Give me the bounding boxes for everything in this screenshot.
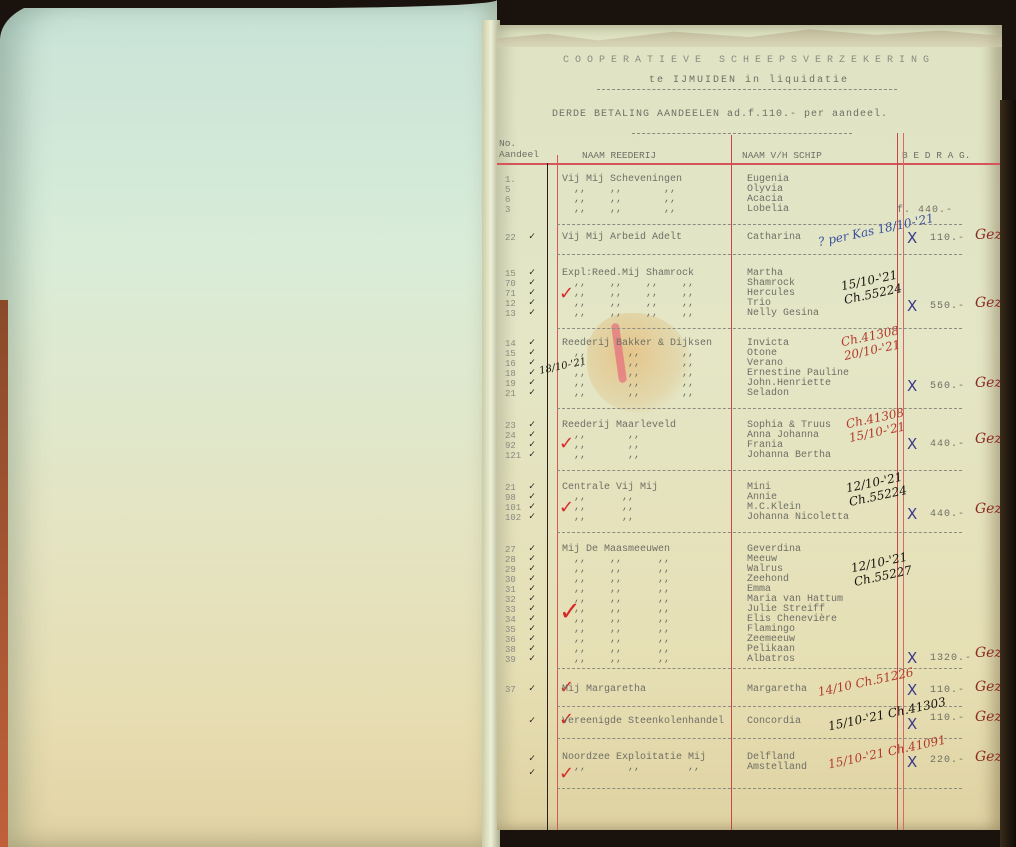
x-mark: X [907,297,917,315]
divider [597,89,897,90]
row-separator [557,738,962,739]
ledger-entry: 22 ✓ Vij Mij Arbeid Adelt Catharina ? pe… [497,233,1002,255]
book-cover-edge [0,300,8,847]
share-numbers: 27 28 29 30 31 32 33 34 35 36 38 39 [505,545,516,665]
amount: 550.- [930,301,965,312]
ship-names: Mini Annie M.C.Klein Johanna Nicoletta [747,483,849,523]
ship-names: Geverdina Meeuw Walrus Zeehond Emma Mari… [747,545,843,665]
check-marks: ✓ ✓ ✓ ✓ ✓ ✓ [529,339,535,399]
book-binding-edge [1000,100,1016,847]
amount: 440.- [930,439,965,450]
header-naam-reederij: NAAM REEDERIJ [582,150,656,161]
header-rule [497,163,1002,165]
share-numbers: 14 15 16 18 19 21 [505,339,516,399]
handwritten-note: Ch.41308 15/10-'21 [845,405,910,445]
x-mark: X [907,435,917,453]
company-name: Reederij Bakker & Dijksen ,, ,, ,, ,, ,,… [562,339,712,399]
share-numbers: 22 [505,233,516,243]
header-aandeel-label: Aandeel [499,149,539,160]
check-mark: ✓ [529,717,535,727]
ledger-entry: ✓ ✓ ✓ Noordzee Exploitatie Mij ,, ,, ,, … [497,753,1002,789]
row-separator [557,328,962,329]
company-name: Noordzee Exploitatie Mij ,, ,, ,, [562,753,706,773]
header-no: No. Aandeel [499,138,539,160]
x-mark: X [907,377,917,395]
share-numbers: 21 98 101 102 [505,483,521,523]
ledger-heading: DERDE BETALING AANDEELEN ad.f.110.- per … [552,109,888,120]
share-numbers: 15 70 71 12 13 [505,269,516,319]
amount: 220.- [930,755,965,766]
company-name: Vij Mij Arbeid Adelt [562,233,682,243]
check-marks: ✓ ✓ ✓ ✓ ✓ ✓ ✓ ✓ ✓ ✓ ✓ ✓ [529,545,535,665]
company-name: Mij De Maasmeeuwen ,, ,, ,, ,, ,, ,, ,, … [562,545,670,665]
header-no-label: No. [499,138,539,149]
check-marks: ✓ ✓ ✓ ✓ [529,483,535,523]
ship-names: Concordia [747,717,801,727]
handwritten-note: 15/10-'21 Ch.55224 [840,267,905,307]
amount: 110.- [930,685,965,696]
company-name: Reederij Maarleveld ,, ,, ,, ,, ,, ,, [562,421,676,461]
amount: 560.- [930,381,965,392]
check-mark: ✓ [529,685,535,695]
ledger-entry: 15 70 71 12 13 ✓ ✓ ✓ ✓ ✓ ✓ Expl:Reed.Mij… [497,269,1002,329]
ship-names: Delfland Amstelland [747,753,807,773]
header-bedrag: B E D R A G. [902,150,970,161]
x-mark: X [907,681,917,699]
company-name: Mij Margaretha [562,685,646,695]
share-numbers: 23 24 92 121 [505,421,521,461]
check-marks: ✓ ✓ ✓ ✓ [529,421,535,461]
check-marks: ✓ ✓ ✓ ✓ ✓ [529,269,535,319]
ship-names: Martha Shamrock Hercules Trio Nelly Gesi… [747,269,819,319]
ledger-entry: 23 24 92 121 ✓ ✓ ✓ ✓ ✓ Reederij Maarleve… [497,421,1002,471]
ledger-page: COOPERATIEVE SCHEEPSVERZEKERING te IJMUI… [497,25,1002,830]
row-separator [557,532,962,533]
handwritten-note: 12/10-'21 Ch.55227 [850,549,915,589]
ship-names: Catharina [747,233,801,243]
ship-names: Sophia & Truus Anna Johanna Frania Johan… [747,421,831,461]
amount: 110.- [930,233,965,244]
header-naam-schip: NAAM V/H SCHIP [742,150,822,161]
check-mark: ✓ [529,233,535,243]
ledger-entry: 27 28 29 30 31 32 33 34 35 36 38 39 ✓ ✓ … [497,545,1002,669]
x-mark: X [907,649,917,667]
ship-names: Margaretha [747,685,807,695]
ledger-entry: 21 98 101 102 ✓ ✓ ✓ ✓ ✓ Centrale Vij Mij… [497,483,1002,533]
ledger-entry: 14 15 16 18 19 21 ✓ ✓ ✓ ✓ ✓ ✓ 18/10-'21 … [497,339,1002,409]
share-numbers: 1. 5 6 3 [505,175,516,215]
row-separator [557,788,962,789]
x-mark: X [907,715,917,733]
handwritten-note: Ch.41308 20/10-'21 [840,323,905,363]
share-numbers: 37 [505,685,516,695]
check-marks: ✓ ✓ [529,753,535,781]
company-name: Centrale Vij Mij ,, ,, ,, ,, ,, ,, [562,483,658,523]
row-separator [557,254,962,255]
x-mark: X [907,229,917,247]
left-blank-page [0,0,497,847]
amount: 440.- [930,509,965,520]
handwritten-note: 12/10-'21 Ch.55224 [845,469,910,509]
divider [632,133,852,134]
amount: 110.- [930,713,965,724]
company-name: Expl:Reed.Mij Shamrock ,, ,, ,, ,, ,, ,,… [562,269,694,319]
x-mark: X [907,505,917,523]
ship-names: Eugenia Olyvia Acacia Lobelia [747,175,789,215]
company-name: Vij Mij Scheveningen ,, ,, ,, ,, ,, ,, ,… [562,175,682,215]
torn-top-edge [497,25,1002,47]
x-mark: X [907,753,917,771]
company-name: Vereenigde Steenkolenhandel [562,717,724,727]
ship-names: Invicta Otone Verano Ernestine Pauline J… [747,339,849,399]
ledger-subtitle: te IJMUIDEN in liquidatie [509,75,989,86]
handwritten-note: 14/10 Ch.51226 [817,665,915,699]
amount: 1320.- [930,653,972,664]
ledger-title: COOPERATIEVE SCHEEPSVERZEKERING [509,55,989,66]
